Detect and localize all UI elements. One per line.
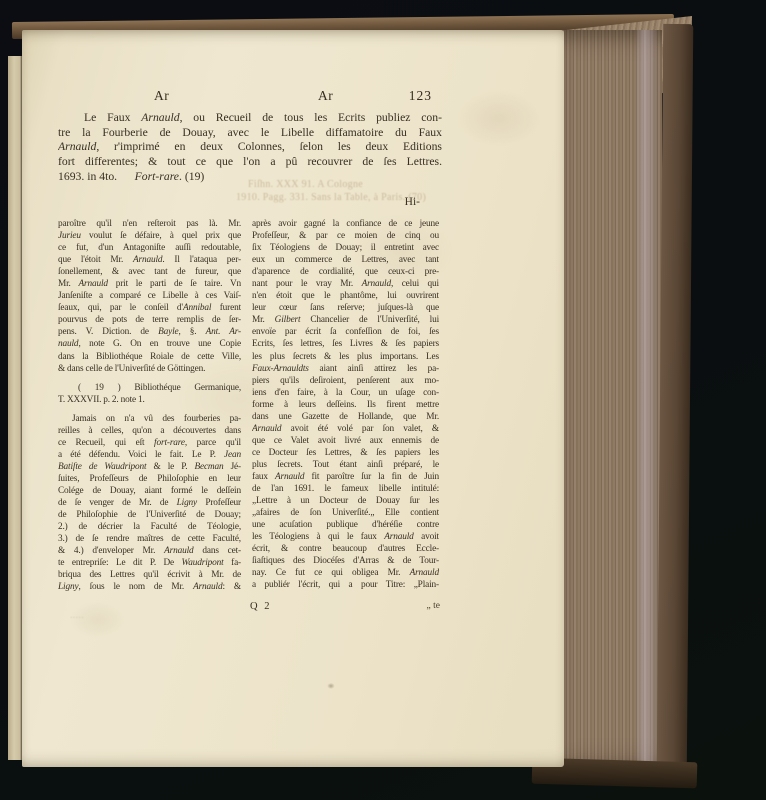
text-line: ce Docteur ſes Lettres, & ſes papiers le…	[252, 447, 439, 459]
page-number: 123	[409, 88, 432, 104]
text-line: ( 19 ) Bibliothéque Germanique,	[58, 382, 241, 394]
text-line: „afaires de ſon Univerſité.„ Elle contie…	[252, 507, 439, 519]
text-line: envoïe par écrit ſa confeſſion de foi, ſ…	[252, 326, 439, 338]
text-line: Arnauld, r'imprimé en deux Colonnes, ſel…	[58, 140, 442, 155]
text-line: pourvus de pots de terre remplis de ſer-	[58, 314, 241, 326]
text-line: après avoir gagné la confiance de ce jeu…	[252, 218, 439, 230]
text-line: une acuſation publique d'héréſie contre	[252, 519, 439, 531]
text-line: 1693. in 4to. Fort-rare. (19)	[58, 170, 442, 185]
signature-mark: Q 2	[250, 601, 271, 612]
text-line: nauld, note G. On en trouve une Copie	[58, 338, 241, 350]
text-line: Ecrits, ſes lettres, ſes Livres & ſes pa…	[252, 338, 439, 350]
text-line: eux un commerce de Lettres, avec tant	[252, 254, 439, 266]
entry-heading-paragraph: Le Faux Arnauld, ou Recueil de tous les …	[58, 111, 442, 184]
text-line: 3.) de ſe rendre maîtres de cette Facult…	[58, 533, 241, 545]
paragraph: ( 19 ) Bibliothéque Germanique,T. XXXVII…	[58, 382, 241, 406]
text-line: tre la Fourberie de Douay, avec le Libel…	[58, 126, 442, 141]
text-line: plus ſecrets. Tout étant ainſi préparé, …	[252, 459, 439, 471]
text-line: d'aparence de cordialité, que ceux-ci pr…	[252, 266, 439, 278]
text-line: 2.) de décrier la Faculté de Téologie,	[58, 521, 241, 533]
text-line: Faux-Arnauldts aiant ainſi attirez les p…	[252, 363, 439, 375]
scanned-book-photo: Fiſhn. XXX 91. A Cologne 1910. Pagg. 331…	[0, 0, 766, 800]
text-line: T. XXXVII. p. 2. note 1.	[58, 394, 241, 406]
running-head: Ar Ar 123	[58, 88, 432, 106]
text-line: les Téologiens à qui le faux Arnauld avo…	[252, 531, 439, 543]
text-line: Profeſſeur, & par ce moien de cinq ou	[252, 230, 439, 242]
text-line: de ſe venger de Mr. de Ligny Profeſſeur	[58, 497, 241, 509]
text-line: que ce Valet avoit livré aux ennemis de	[252, 435, 439, 447]
printed-text-layer: Fiſhn. XXX 91. A Cologne 1910. Pagg. 331…	[0, 0, 766, 800]
text-line: ſonellement, & avec tant de fureur, que	[58, 266, 241, 278]
text-line: Arnauld avoit été volé par ſon valet, &	[252, 423, 439, 435]
text-line: Le Faux Arnauld, ou Recueil de tous les …	[58, 111, 442, 126]
running-title-right: Ar	[318, 88, 333, 104]
text-line: piers qu'ils deſiroient, penſerent aux m…	[252, 375, 439, 387]
paragraph: Le Faux Arnauld, ou Recueil de tous les …	[58, 111, 442, 184]
text-line: que l'étoit Mr. Arnauld. Il l'ataqua per…	[58, 254, 241, 266]
paragraph: Jamais on n'a vû des fourberies pa-reill…	[58, 413, 241, 594]
catchword-top: Hi-	[58, 196, 420, 208]
text-line: reilles à celles, qu'on a découvertes da…	[58, 425, 241, 437]
catchword-bottom: „ te	[396, 601, 440, 611]
right-text-column: après avoir gagné la confiance de ce jeu…	[252, 218, 439, 591]
text-line: Jurieu voulut ſe défaire, à quel prix qu…	[58, 230, 241, 242]
text-line: Batiſte de Waudripont & le P. Becman Jé-	[58, 461, 241, 473]
text-line: leur cœur ſans reſerve; juſques-là que	[252, 302, 439, 314]
text-line: de Philoſophie de l'Univerſité de Douay;	[58, 509, 241, 521]
text-line: faux Arnauld fit paroître ſur la fin de …	[252, 471, 439, 483]
left-text-column: paroître qu'il n'en reſteroit pas là. Mr…	[58, 218, 241, 593]
text-line: ſiaſtiques des Diocéſes d'Arras & de Tou…	[252, 555, 439, 567]
text-line: Mr. Arnauld prit le parti de ſe taire. V…	[58, 278, 241, 290]
text-line: Ligny, ſous le nom de Mr. Arnauld: &	[58, 581, 241, 593]
text-line: Mr. Gilbert Chancelier de l'Univerſité, …	[252, 314, 439, 326]
text-line: te entrepriſe: Le dit P. De Waudripont f…	[58, 557, 241, 569]
text-line: & 4.) d'enveloper Mr. Arnauld dans cet-	[58, 545, 241, 557]
text-line: les plus ſecrets & les plus importans. L…	[252, 351, 439, 363]
text-line: & dans celle de l'Univerſité de Göttinge…	[58, 363, 241, 375]
text-line: a publiér l'écrit, qui a pour Titre: „Pl…	[252, 579, 439, 591]
text-line: fort differentes; & tout ce que l'on a p…	[58, 155, 442, 170]
running-title-left: Ar	[154, 88, 169, 104]
paragraph: après avoir gagné la confiance de ce jeu…	[252, 218, 439, 591]
text-line: ce fut, d'un Antagoniſte auſſi redoutabl…	[58, 242, 241, 254]
text-line: ſeaux, qui, par le conſeil d'Annibal fur…	[58, 302, 241, 314]
text-line: nant pour le vray Mr. Arnauld, celui qui	[252, 278, 439, 290]
text-line: dans une Gazette de Hollande, que Mr.	[252, 411, 439, 423]
text-line: ſix Téologiens de Douay; il entretint av…	[252, 242, 439, 254]
text-line: n'en étoit que le phantôme, lui ouvriren…	[252, 290, 439, 302]
text-line: a été défendu. Voici le fait. Le P. Jean	[58, 449, 241, 461]
paragraph: paroître qu'il n'en reſteroit pas là. Mr…	[58, 218, 241, 375]
text-line: paroître qu'il n'en reſteroit pas là. Mr…	[58, 218, 241, 230]
text-line: Colége de Douay, aiant formé le deſſein	[58, 485, 241, 497]
text-line: nay. Ce fut ce qui obligea Mr. Arnauld	[252, 567, 439, 579]
text-line: ſuites, Profeſſeurs de Philoſophie en le…	[58, 473, 241, 485]
text-line: Janſeniſte a comparé ce Libelle à ces Va…	[58, 290, 241, 302]
text-line: pens. V. Diction. de Bayle, §. Ant. Ar-	[58, 326, 241, 338]
text-line: forme à leurs deſſeins. Ils firent mettr…	[252, 399, 439, 411]
text-line: briqua des Lettres qu'il écrivit à Mr. d…	[58, 569, 241, 581]
text-line: Jamais on n'a vû des fourberies pa-	[58, 413, 241, 425]
text-line: dans la Bibliothéque Roiale de cette Vil…	[58, 351, 241, 363]
text-line: „Lettre à un Docteur de Douay ſur les	[252, 495, 439, 507]
ink-bleedthrough-line: .....	[70, 610, 130, 621]
text-line: ce Recueil, qui eſt fort-rare, parce qu'…	[58, 437, 241, 449]
text-line: écrit, & contre beaucoup d'autres Eccle-	[252, 543, 439, 555]
text-line: de l'an 1691. le fameux libelle intitulé…	[252, 483, 439, 495]
text-line: iens d'en faire, à la Cour, un uſage con…	[252, 387, 439, 399]
